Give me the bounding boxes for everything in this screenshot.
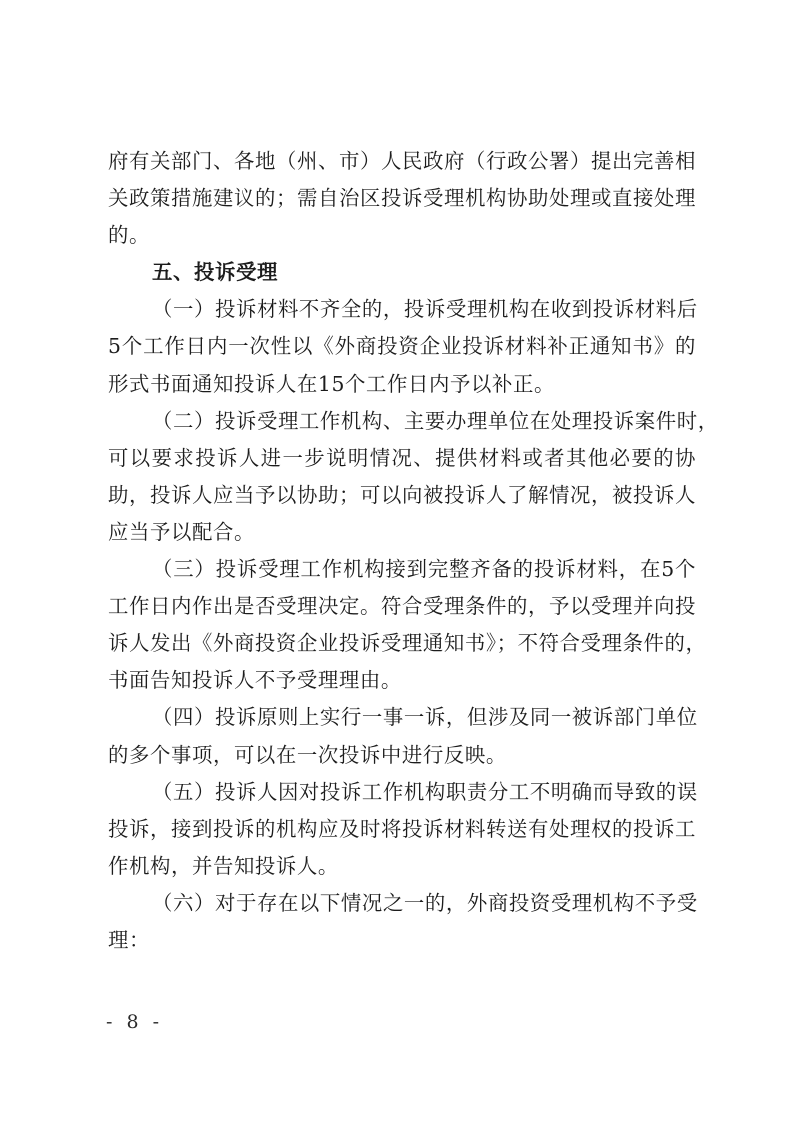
text-line: 5个工作日内一次性以《外商投资企业投诉材料补正通知书》的: [108, 328, 696, 365]
text-line: 作机构，并告知投诉人。: [108, 848, 696, 885]
text-line: 的。: [108, 217, 696, 254]
item-paragraph-2: （二）投诉受理工作机构、主要办理单位在处理投诉案件时， 可以要求投诉人进一步说明…: [108, 403, 696, 551]
text-line: （五）投诉人因对投诉工作机构职责分工不明确而导致的误: [108, 774, 696, 811]
text-line: 理：: [108, 922, 696, 959]
document-page: 府有关部门、各地（州、市）人民政府（行政公署）提出完善相 关政策措施建议的；需自…: [0, 0, 793, 1121]
text-line: 形式书面通知投诉人在15个工作日内予以补正。: [108, 366, 696, 403]
document-body: 府有关部门、各地（州、市）人民政府（行政公署）提出完善相 关政策措施建议的；需自…: [108, 143, 696, 959]
item-paragraph-3: （三）投诉受理工作机构接到完整齐备的投诉材料，在5个 工作日内作出是否受理决定。…: [108, 551, 696, 699]
text-line: 可以要求投诉人进一步说明情况、提供材料或者其他必要的协: [108, 440, 696, 477]
text-line: （四）投诉原则上实行一事一诉，但涉及同一被诉部门单位: [108, 699, 696, 736]
text-line: （六）对于存在以下情况之一的，外商投资受理机构不予受: [108, 885, 696, 922]
continuation-paragraph: 府有关部门、各地（州、市）人民政府（行政公署）提出完善相 关政策措施建议的；需自…: [108, 143, 696, 254]
text-line: 的多个事项，可以在一次投诉中进行反映。: [108, 737, 696, 774]
item-paragraph-5: （五）投诉人因对投诉工作机构职责分工不明确而导致的误 投诉，接到投诉的机构应及时…: [108, 774, 696, 885]
item-paragraph-4: （四）投诉原则上实行一事一诉，但涉及同一被诉部门单位 的多个事项，可以在一次投诉…: [108, 699, 696, 773]
text-line: 府有关部门、各地（州、市）人民政府（行政公署）提出完善相: [108, 143, 696, 180]
text-line: （三）投诉受理工作机构接到完整齐备的投诉材料，在5个: [108, 551, 696, 588]
page-number: - 8 -: [106, 1011, 163, 1033]
text-line: 诉人发出《外商投资企业投诉受理通知书》；不符合受理条件的，: [108, 625, 696, 662]
section-heading: 五、投诉受理: [108, 254, 696, 291]
text-line: 应当予以配合。: [108, 514, 696, 551]
text-line: 关政策措施建议的；需自治区投诉受理机构协助处理或直接处理: [108, 180, 696, 217]
item-paragraph-6: （六）对于存在以下情况之一的，外商投资受理机构不予受 理：: [108, 885, 696, 959]
item-paragraph-1: （一）投诉材料不齐全的，投诉受理机构在收到投诉材料后 5个工作日内一次性以《外商…: [108, 291, 696, 402]
text-line: （一）投诉材料不齐全的，投诉受理机构在收到投诉材料后: [108, 291, 696, 328]
text-line: 工作日内作出是否受理决定。符合受理条件的，予以受理并向投: [108, 588, 696, 625]
text-line: 书面告知投诉人不予受理理由。: [108, 662, 696, 699]
text-line: 助，投诉人应当予以协助；可以向被投诉人了解情况，被投诉人: [108, 477, 696, 514]
text-line: （二）投诉受理工作机构、主要办理单位在处理投诉案件时，: [108, 403, 696, 440]
section-heading-text: 五、投诉受理: [152, 260, 278, 284]
text-line: 投诉，接到投诉的机构应及时将投诉材料转送有处理权的投诉工: [108, 811, 696, 848]
